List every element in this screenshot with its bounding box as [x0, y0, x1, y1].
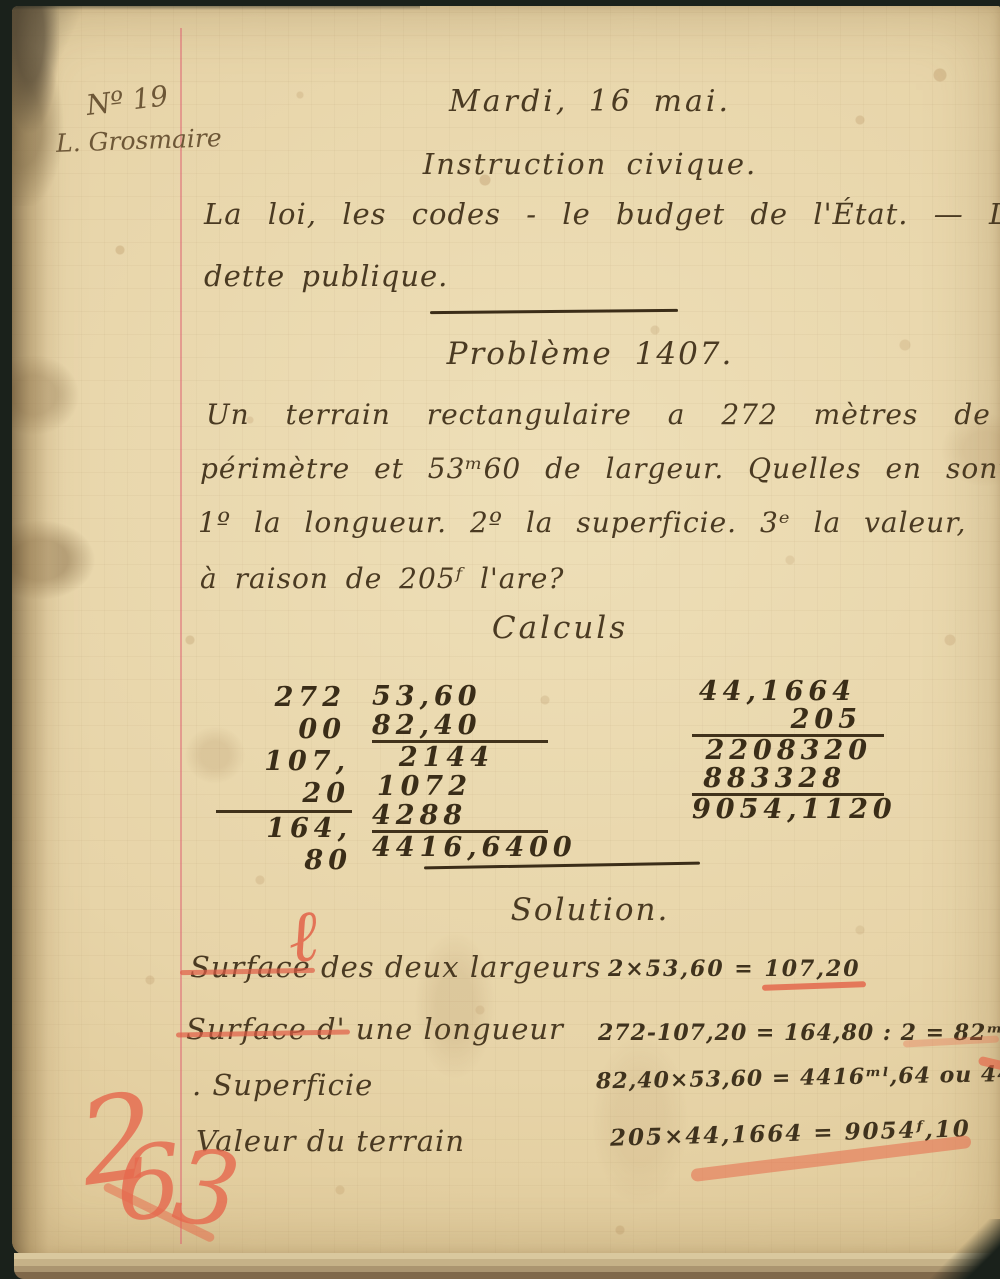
- solution-label: Surface d' une longueur: [186, 1012, 564, 1046]
- problem-line: à raison de 205ᶠ l'are?: [200, 562, 564, 595]
- calc-value: 82,40: [372, 711, 548, 743]
- problem-line: 1º la longueur. 2º la superficie. 3ᵉ la …: [198, 506, 966, 539]
- expression-text: 2×53,60 =: [608, 956, 764, 982]
- solution-label: Surface des deux largeurs: [190, 950, 601, 984]
- calculs-heading: Calculs: [180, 610, 940, 646]
- lesson-line: La loi, les codes - le budget de l'État.…: [204, 197, 1000, 231]
- struck-word: Surface: [190, 950, 311, 984]
- calc-subtraction: 272 00 107, 20 164, 80: [216, 682, 352, 877]
- calc-value: 164, 80: [216, 813, 352, 877]
- struck-word: Surface d': [186, 1012, 346, 1046]
- grade-digit: 3: [167, 1126, 246, 1252]
- calc-multiplication-1: 53,60 82,40 2144 1072 4288 4416,6400: [372, 682, 548, 862]
- calc-value: 53,60: [372, 682, 548, 711]
- calc-value: 2208320: [692, 737, 884, 765]
- calc-value: 205: [692, 706, 884, 737]
- calc-value: 44,1664: [692, 678, 884, 706]
- calc-value: 4416,6400: [372, 833, 548, 862]
- problem-title: Problème 1407.: [180, 336, 1000, 372]
- grade-mark: 2 6 3: [58, 1076, 278, 1279]
- calc-value: 107, 20: [216, 746, 352, 813]
- result-value: 107,20: [764, 956, 860, 982]
- problem-line: périmètre et 53ᵐ60 de largeur. Quelles e…: [200, 452, 1000, 485]
- calc-value: 1072: [372, 772, 548, 801]
- notebook-photo: { "document": { "header": { "number": "N…: [0, 0, 1000, 1279]
- calc-value: 272 00: [216, 682, 352, 746]
- background-edge-top: [0, 0, 420, 10]
- problem-line: Un terrain rectangulaire a 272 mètres de: [206, 398, 991, 431]
- result-value: 44ᵃ,1664: [981, 1060, 1000, 1088]
- background-corner: [930, 1219, 1000, 1279]
- label-text: des deux largeurs: [311, 950, 602, 984]
- calc-value: 4288: [372, 801, 548, 833]
- subject-line: Instruction civique.: [180, 147, 1000, 181]
- solution-expression: 2×53,60 = 107,20: [608, 956, 861, 982]
- calc-value: 883328: [692, 765, 884, 796]
- calc-value: 9054,1120: [692, 796, 884, 824]
- calc-value: 2144: [372, 743, 548, 772]
- calc-multiplication-2: 44,1664 205 2208320 883328 9054,1120: [692, 678, 884, 824]
- date-line: Mardi, 16 mai.: [180, 84, 1000, 119]
- lesson-line: dette publique.: [204, 259, 448, 293]
- label-text: une longueur: [346, 1012, 564, 1046]
- worn-corner: [12, 6, 82, 206]
